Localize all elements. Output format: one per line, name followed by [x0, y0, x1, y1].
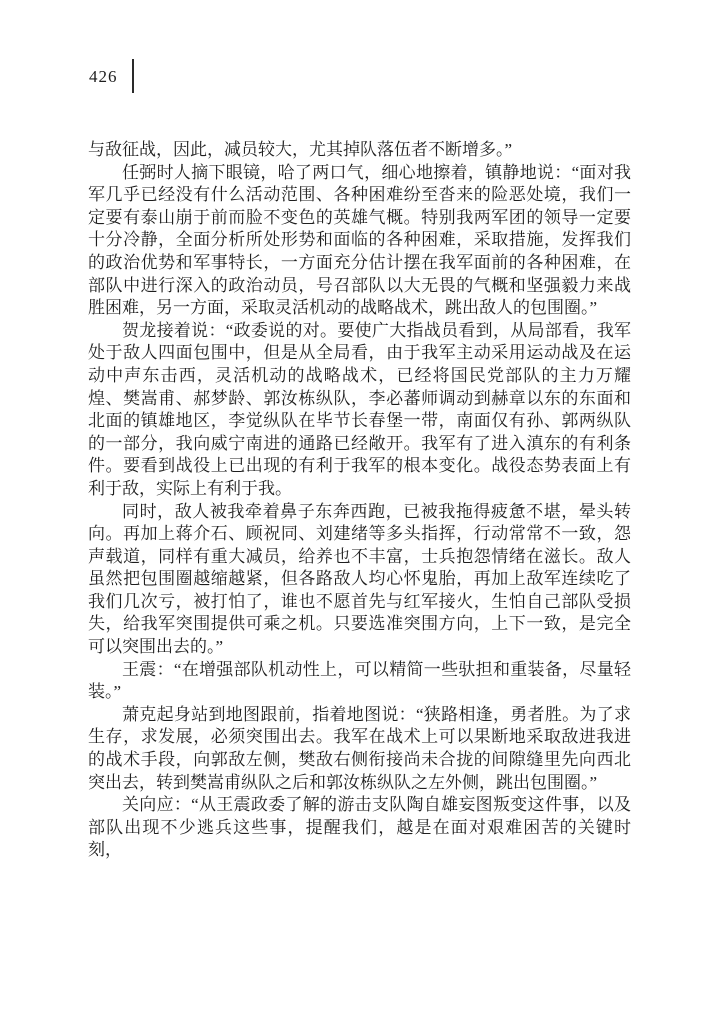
paragraph: 关向应：“从王震政委了解的游击支队陶自雄妄图叛变这件事，以及部队出现不少逃兵这些… [88, 794, 631, 862]
paragraph: 同时，敌人被我牵着鼻子东奔西跑，已被我拖得疲惫不堪，晕头转向。再加上蒋介石、顾祝… [88, 501, 631, 659]
page-number-divider [132, 59, 134, 93]
page-text: 与敌征战，因此，减员较大，尤其掉队落伍者不断增多。” 任弼时人摘下眼镜，哈了两口… [88, 139, 631, 862]
paragraph: 任弼时人摘下眼镜，哈了两口气，细心地擦着，镇静地说：“面对我军几乎已经没有什么活… [88, 162, 631, 320]
paragraph: 贺龙接着说：“政委说的对。要使广大指战员看到，从局部看，我军处于敌人四面包围中，… [88, 320, 631, 501]
book-page: 426 与敌征战，因此，减员较大，尤其掉队落伍者不断增多。” 任弼时人摘下眼镜，… [0, 0, 715, 1010]
page-number: 426 [89, 68, 132, 85]
page-header: 426 [89, 58, 134, 94]
paragraph-continuation: 与敌征战，因此，减员较大，尤其掉队落伍者不断增多。” [88, 139, 631, 162]
paragraph: 萧克起身站到地图跟前，指着地图说：“狭路相逢，勇者胜。为了求生存，求发展，必须突… [88, 704, 631, 794]
paragraph: 王震：“在增强部队机动性上，可以精简一些驮担和重装备，尽量轻装。” [88, 659, 631, 704]
